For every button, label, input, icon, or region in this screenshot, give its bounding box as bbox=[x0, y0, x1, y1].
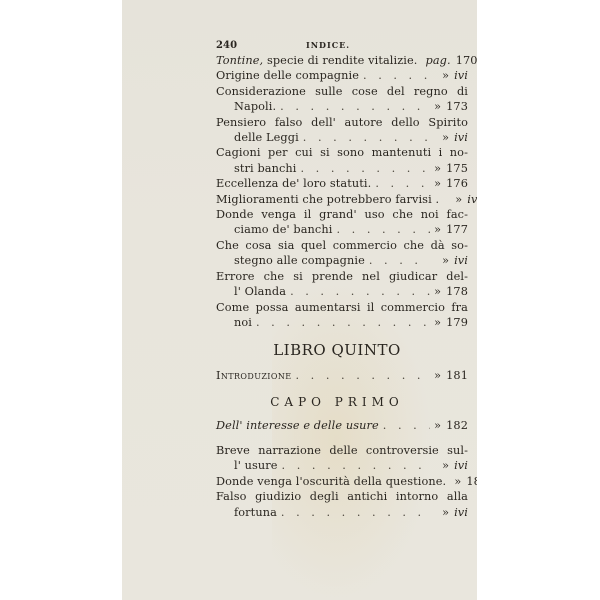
index-entry: Donde venga il grand' uso che noi fac- c… bbox=[216, 207, 468, 238]
entry-text-cont: stri banchi bbox=[234, 161, 297, 176]
page-ref: »173 bbox=[434, 99, 468, 114]
page-ref: »176 bbox=[434, 176, 468, 191]
page-ref: »177 bbox=[434, 222, 468, 237]
entry-text-cont: delle Leggi bbox=[234, 130, 299, 145]
page-ref: pag.170 bbox=[425, 53, 477, 68]
entry-text-cont: noi bbox=[234, 315, 252, 330]
index-entry: Tontine, specie di rendite vitalizie. pa… bbox=[216, 53, 468, 68]
entry-text-cont: stegno alle compagnie bbox=[234, 253, 365, 268]
leader-dots bbox=[290, 284, 430, 299]
page-ref: »184 bbox=[454, 474, 477, 489]
index-entry: Che cosa sia quel commercio che dà so- s… bbox=[216, 238, 468, 269]
leader-dots bbox=[280, 99, 430, 114]
entry-text: specie di rendite vitalizie. bbox=[267, 54, 418, 67]
entry-text: Donde venga il grand' uso che noi fac- bbox=[216, 207, 468, 222]
page-ref: »182 bbox=[434, 418, 468, 433]
book-page: 240 INDICE. Tontine, specie di rendite v… bbox=[122, 0, 477, 600]
entry-text-cont: Napoli. bbox=[234, 99, 276, 114]
chapter-title-entry: Dell' interesse e delle usure »182 bbox=[216, 418, 468, 433]
leader-dots bbox=[282, 458, 430, 473]
leader-dots bbox=[375, 176, 430, 191]
entry-text: Breve narrazione delle controversie sul- bbox=[216, 443, 468, 458]
entry-text: Origine delle compagnie bbox=[216, 68, 359, 83]
entry-text: Cagioni per cui si sono mantenuti i no- bbox=[216, 145, 468, 160]
running-head: 240 INDICE. bbox=[216, 38, 468, 53]
page-ref: »ivi bbox=[434, 505, 468, 520]
leader-dots bbox=[295, 368, 430, 383]
index-entry: Origine delle compagnie »ivi bbox=[216, 68, 468, 83]
entry-text-cont: fortuna bbox=[234, 505, 277, 520]
running-title: INDICE. bbox=[306, 38, 350, 53]
index-entry: Donde venga l'oscurità della questione. … bbox=[216, 474, 468, 489]
page-number: 240 bbox=[216, 38, 306, 53]
page-ref: »179 bbox=[434, 315, 468, 330]
index-entry: Errore che si prende nel giudicar del- l… bbox=[216, 269, 468, 300]
entry-text: Errore che si prende nel giudicar del- bbox=[216, 269, 468, 284]
chapter-title: Dell' interesse e delle usure bbox=[216, 418, 379, 433]
entry-text-cont: ciamo de' banchi bbox=[234, 222, 332, 237]
entry-text: Miglioramenti che potrebbero farvisi . bbox=[216, 192, 439, 207]
leader-dots bbox=[256, 315, 430, 330]
index-entry: Considerazione sulle cose del regno di N… bbox=[216, 84, 468, 115]
entry-text: Donde venga l'oscurità della questione. bbox=[216, 474, 446, 489]
leader-dots bbox=[301, 161, 431, 176]
index-entry: Cagioni per cui si sono mantenuti i no- … bbox=[216, 145, 468, 176]
entry-text: Considerazione sulle cose del regno di bbox=[216, 84, 468, 99]
index-entry: Pensiero falso dell' autore dello Spirit… bbox=[216, 115, 468, 146]
leader-dots bbox=[369, 253, 430, 268]
index-text-block: 240 INDICE. Tontine, specie di rendite v… bbox=[216, 38, 468, 520]
page-ref: »181 bbox=[434, 368, 468, 383]
entry-text: Pensiero falso dell' autore dello Spirit… bbox=[216, 115, 468, 130]
page-ref: »175 bbox=[434, 161, 468, 176]
index-entry: Miglioramenti che potrebbero farvisi . »… bbox=[216, 192, 468, 207]
entry-text: Come possa aumentarsi il commercio fra bbox=[216, 300, 468, 315]
page-ref: »ivi bbox=[434, 253, 468, 268]
entry-text: Eccellenza de' loro statuti. bbox=[216, 176, 371, 191]
leader-dots bbox=[383, 418, 430, 433]
entry-text-cont: l' Olanda bbox=[234, 284, 286, 299]
index-entry: Falso giudizio degli antichi intorno all… bbox=[216, 489, 468, 520]
introduction-entry: Introduzione »181 bbox=[216, 368, 468, 383]
entry-text: Introduzione bbox=[216, 368, 291, 383]
index-entry: Eccellenza de' loro statuti. »176 bbox=[216, 176, 468, 191]
leader-dots bbox=[303, 130, 430, 145]
page-ref: »ivi bbox=[434, 458, 468, 473]
chapter-heading: CAPO PRIMO bbox=[216, 395, 468, 410]
page-ref: »178 bbox=[434, 284, 468, 299]
leader-dots bbox=[363, 68, 430, 83]
entry-text: Falso giudizio degli antichi intorno all… bbox=[216, 489, 468, 504]
page-ref: »ivi bbox=[434, 68, 468, 83]
book-heading: LIBRO QUINTO bbox=[216, 343, 468, 358]
page-ref: »ivi bbox=[447, 192, 477, 207]
leader-dots bbox=[281, 505, 430, 520]
leader-dots bbox=[336, 222, 430, 237]
entry-keyword: Tontine, bbox=[216, 54, 263, 67]
page-ref: »ivi bbox=[434, 130, 468, 145]
index-entry: Come possa aumentarsi il commercio fra n… bbox=[216, 300, 468, 331]
entry-text-cont: l' usure bbox=[234, 458, 278, 473]
entry-text: Che cosa sia quel commercio che dà so- bbox=[216, 238, 468, 253]
index-entry: Breve narrazione delle controversie sul-… bbox=[216, 443, 468, 474]
